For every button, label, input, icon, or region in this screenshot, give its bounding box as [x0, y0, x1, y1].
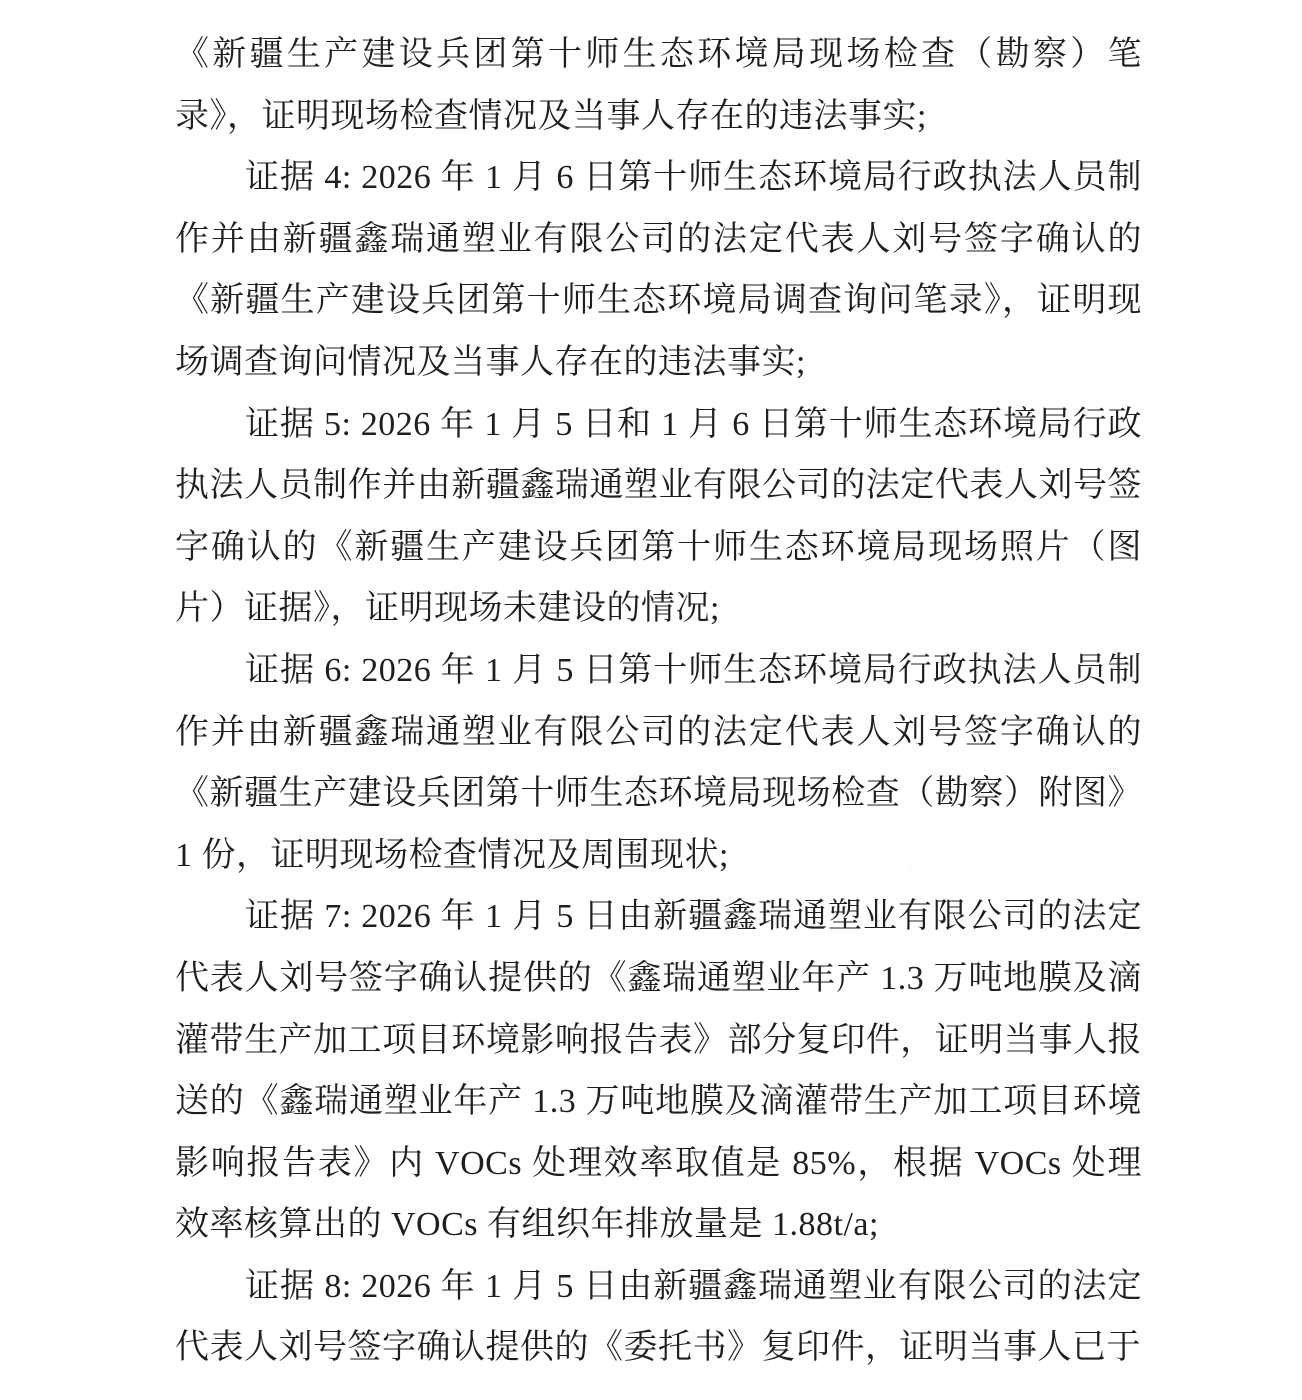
paragraph-evidence-7: 证据 7: 2026 年 1 月 5 日由新疆鑫瑞通塑业有限公司的法定代表人刘号…	[175, 886, 1142, 1256]
paragraph-evidence-4: 证据 4: 2026 年 1 月 6 日第十师生态环境局行政执法人员制作并由新疆…	[175, 147, 1142, 393]
paragraph-evidence-3-continuation: 《新疆生产建设兵团第十师生态环境局现场检查（勘察）笔录》，证明现场检查情况及当事…	[175, 24, 1142, 147]
paragraph-evidence-5: 证据 5: 2026 年 1 月 5 日和 1 月 6 日第十师生态环境局行政执…	[175, 394, 1142, 640]
paragraph-evidence-6: 证据 6: 2026 年 1 月 5 日第十师生态环境局行政执法人员制作并由新疆…	[175, 640, 1142, 886]
paragraph-evidence-8: 证据 8: 2026 年 1 月 5 日由新疆鑫瑞通塑业有限公司的法定代表人刘号…	[175, 1256, 1142, 1379]
document-page: 《新疆生产建设兵团第十师生态环境局现场检查（勘察）笔录》，证明现场检查情况及当事…	[0, 0, 1302, 1400]
document-text-block: 《新疆生产建设兵团第十师生态环境局现场检查（勘察）笔录》，证明现场检查情况及当事…	[175, 24, 1142, 1379]
